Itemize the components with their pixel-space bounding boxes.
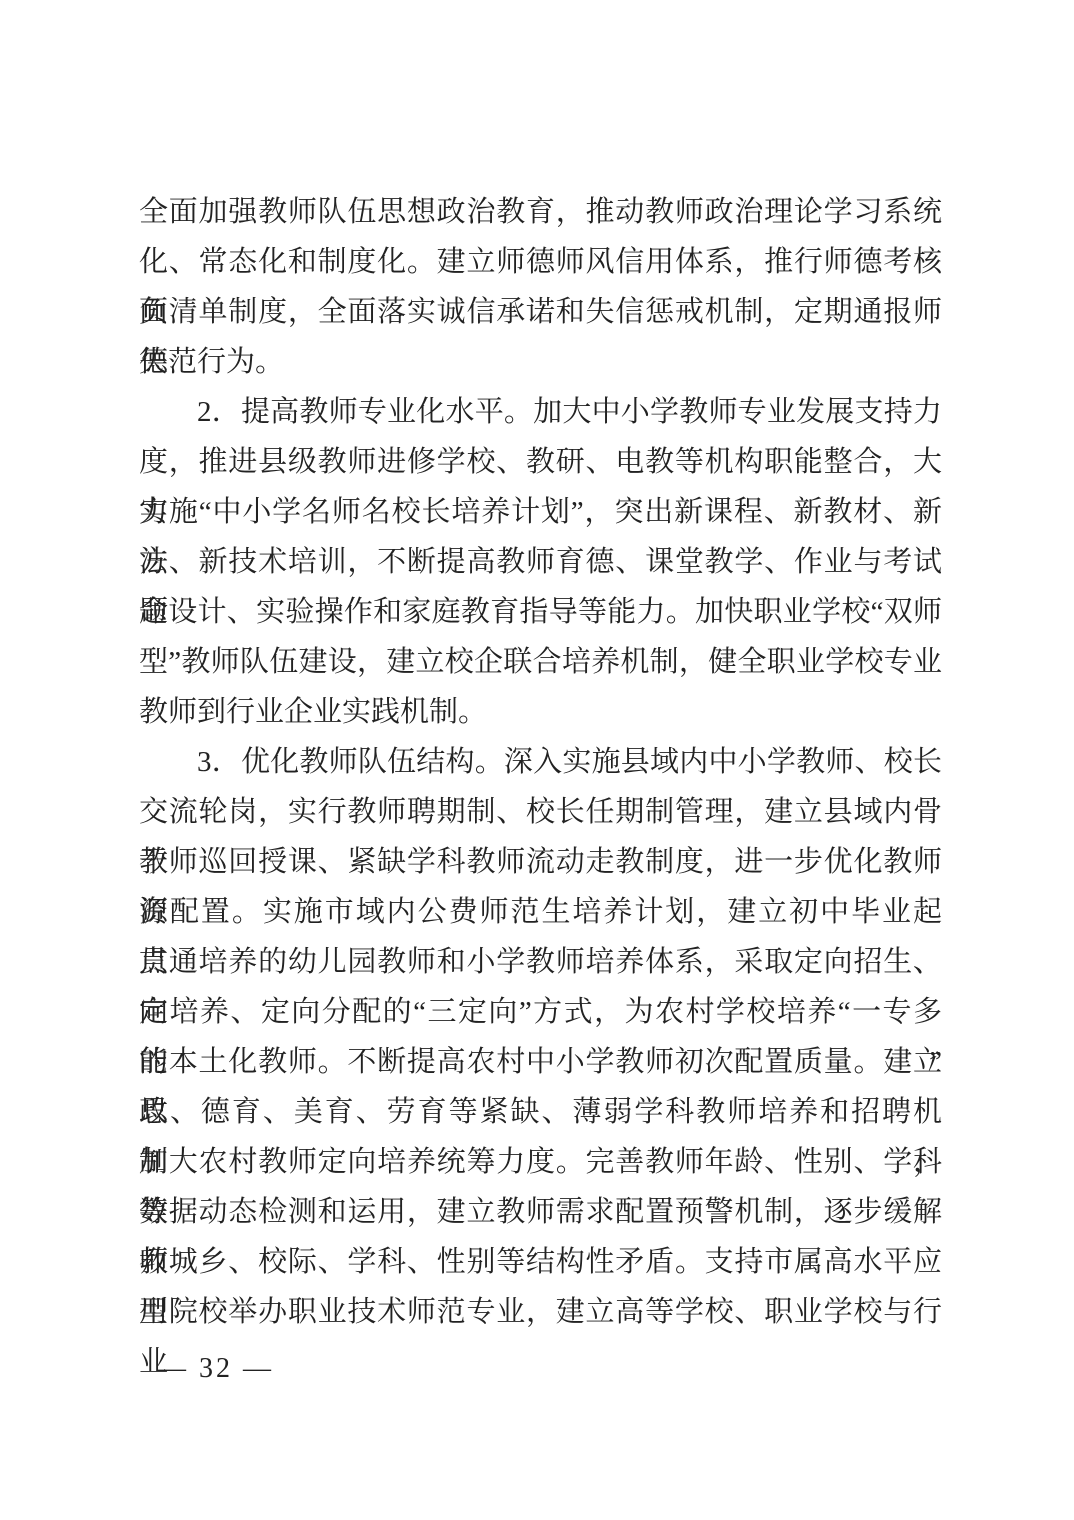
document-page: 全面加强教师队伍思想政治教育，推动教师政治理论学习系统 化、常态化和制度化。建立… — [0, 0, 1074, 1520]
text-line: 型”教师队伍建设，建立校企联合培养机制，健全职业学校专业 — [139, 637, 942, 687]
text-line: 源配置。实施市域内公费师范生培养计划，建立初中毕业起点、 — [139, 887, 942, 937]
paragraph-continuation: 全面加强教师队伍思想政治教育，推动教师政治理论学习系统 化、常态化和制度化。建立… — [139, 187, 942, 387]
text-line: 教师巡回授课、紧缺学科教师流动走教制度，进一步优化教师资 — [139, 837, 942, 887]
text-line: 法、新技术培训，不断提高教师育德、课堂教学、作业与考试命 — [139, 537, 942, 587]
text-line: 型院校举办职业技术师范专业，建立高等学校、职业学校与行业 — [139, 1287, 942, 1337]
text-line: 师城乡、校际、学科、性别等结构性矛盾。支持市属高水平应用 — [139, 1237, 942, 1287]
text-line: 度，推进县级教师进修学校、教研、电教等机构职能整合，大力 — [139, 437, 942, 487]
body-text: 全面加强教师队伍思想政治教育，推动教师政治理论学习系统 化、常态化和制度化。建立… — [139, 187, 942, 1337]
text-line: 面清单制度，全面落实诚信承诺和失信惩戒机制，定期通报师德 — [139, 287, 942, 337]
text-line: 失范行为。 — [139, 337, 942, 387]
text-line: 题设计、实验操作和家庭教育指导等能力。加快职业学校“双师 — [139, 587, 942, 637]
text-line: 3．优化教师队伍结构。深入实施县域内中小学教师、校长 — [139, 737, 942, 787]
text-line: 实施“中小学名师名校长培养计划”，突出新课程、新教材、新方 — [139, 487, 942, 537]
text-line: 全面加强教师队伍思想政治教育，推动教师政治理论学习系统 — [139, 187, 942, 237]
text-line: 数据动态检测和运用，建立教师需求配置预警机制，逐步缓解教 — [139, 1187, 942, 1237]
text-line: 贯通培养的幼儿园教师和小学教师培养体系，采取定向招生、定 — [139, 937, 942, 987]
text-line: 政、德育、美育、劳育等紧缺、薄弱学科教师培养和招聘机制， — [139, 1087, 942, 1137]
page-number: — 32 — — [158, 1352, 274, 1386]
paragraph-item-2: 2．提高教师专业化水平。加大中小学教师专业发展支持力 度，推进县级教师进修学校、… — [139, 387, 942, 737]
paragraph-item-3: 3．优化教师队伍结构。深入实施县域内中小学教师、校长 交流轮岗，实行教师聘期制、… — [139, 737, 942, 1337]
text-line: 加大农村教师定向培养统筹力度。完善教师年龄、性别、学科等 — [139, 1137, 942, 1187]
text-line: 的本土化教师。不断提高农村中小学教师初次配置质量。建立思 — [139, 1037, 942, 1087]
text-line: 2．提高教师专业化水平。加大中小学教师专业发展支持力 — [139, 387, 942, 437]
text-line: 化、常态化和制度化。建立师德师风信用体系，推行师德考核负 — [139, 237, 942, 287]
text-line: 交流轮岗，实行教师聘期制、校长任期制管理，建立县域内骨干 — [139, 787, 942, 837]
text-line: 向培养、定向分配的“三定向”方式，为农村学校培养“一专多能” — [139, 987, 942, 1037]
text-line: 教师到行业企业实践机制。 — [139, 687, 942, 737]
